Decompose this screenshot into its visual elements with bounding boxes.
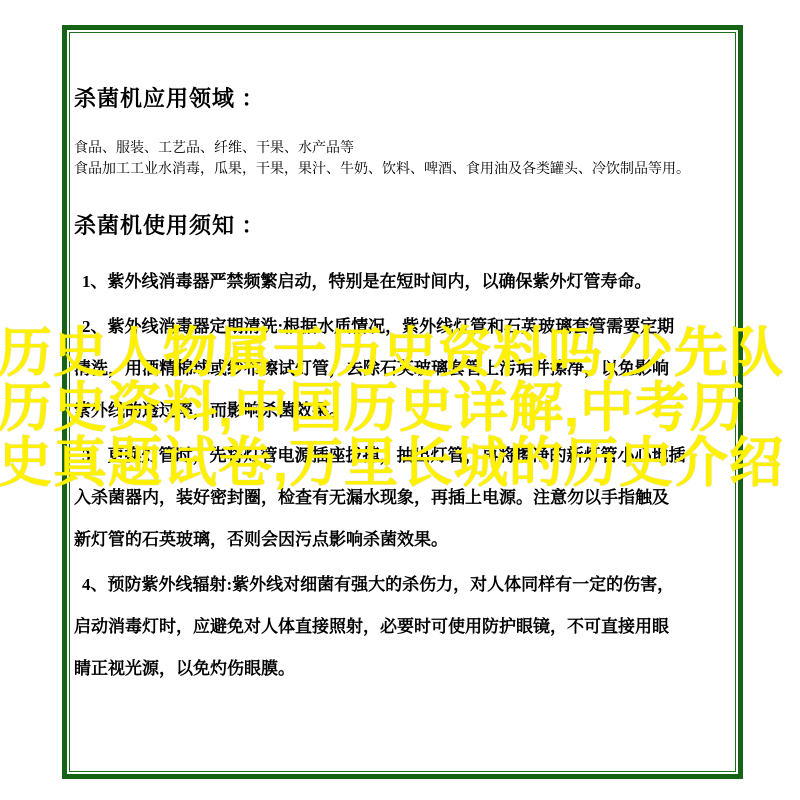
notice-line: 启动消毒灯时，应避免对人体直接照射，必要时可使用防护眼镜，不可直接用眼 <box>74 606 727 648</box>
notice-line: 清洗，用酒精棉球或纱布擦试灯管，去除石英玻璃套管上污垢并擦净，以免影响 <box>74 348 727 390</box>
page-canvas: 杀菌机应用领域 ： 食品、服装、工艺品、纤维、干果、水产品等 食品加工工业水消毒… <box>0 0 800 800</box>
notice-item-4: 4、预防紫外线辐射:紫外线对细菌有强大的杀伤力，对人体同样有一定的伤害， 启动消… <box>74 564 727 690</box>
application-text: 食品、服装、工艺品、纤维、干果、水产品等 食品加工工业水消毒，瓜果，干果，果汁、… <box>74 138 727 180</box>
notice-item-1: 1、紫外线消毒器严禁频繁启动，特别是在短时间内，以确保紫外灯管寿命。 <box>74 261 727 303</box>
notice-line: 睛正视光源，以免灼伤眼膜。 <box>74 648 727 690</box>
notice-line: 紫外线的透过率，而影响杀菌效果。 <box>74 390 727 432</box>
notice-line: 入杀菌器内，装好密封圈，检查有无漏水现象，再插上电源。注意勿以手指触及 <box>74 477 727 519</box>
document-frame: 杀菌机应用领域 ： 食品、服装、工艺品、纤维、干果、水产品等 食品加工工业水消毒… <box>62 25 743 779</box>
usage-heading: 杀菌机使用须知 ： <box>74 212 727 240</box>
notice-line: 新灯管的石英玻璃，否则会因污点影响杀菌效果。 <box>74 519 727 561</box>
notice-line: 1、紫外线消毒器严禁频繁启动，特别是在短时间内，以确保紫外灯管寿命。 <box>74 261 727 303</box>
notice-item-2: 2、紫外线消毒器定期清洗:根据水质情况，紫外线灯管和石英玻璃套管需要定期 清洗，… <box>74 306 727 432</box>
application-line: 食品加工工业水消毒，瓜果，干果，果汁、牛奶、饮料、啤酒、食用油及各类罐头、冷饮制… <box>74 159 727 180</box>
application-line: 食品、服装、工艺品、纤维、干果、水产品等 <box>74 138 727 159</box>
notice-line: 4、预防紫外线辐射:紫外线对细菌有强大的杀伤力，对人体同样有一定的伤害， <box>74 564 727 606</box>
notice-line: 3、更换灯管时，先将灯管电源插座拔掉，抽出灯管，再将擦净的新灯管小心地插 <box>74 435 727 477</box>
document-content: 杀菌机应用领域 ： 食品、服装、工艺品、纤维、干果、水产品等 食品加工工业水消毒… <box>69 32 736 772</box>
notice-item-3: 3、更换灯管时，先将灯管电源插座拔掉，抽出灯管，再将擦净的新灯管小心地插 入杀菌… <box>74 435 727 561</box>
notice-line: 2、紫外线消毒器定期清洗:根据水质情况，紫外线灯管和石英玻璃套管需要定期 <box>74 306 727 348</box>
usage-notice-list: 1、紫外线消毒器严禁频繁启动，特别是在短时间内，以确保紫外灯管寿命。 2、紫外线… <box>74 261 727 690</box>
application-heading: 杀菌机应用领域 ： <box>74 85 727 113</box>
